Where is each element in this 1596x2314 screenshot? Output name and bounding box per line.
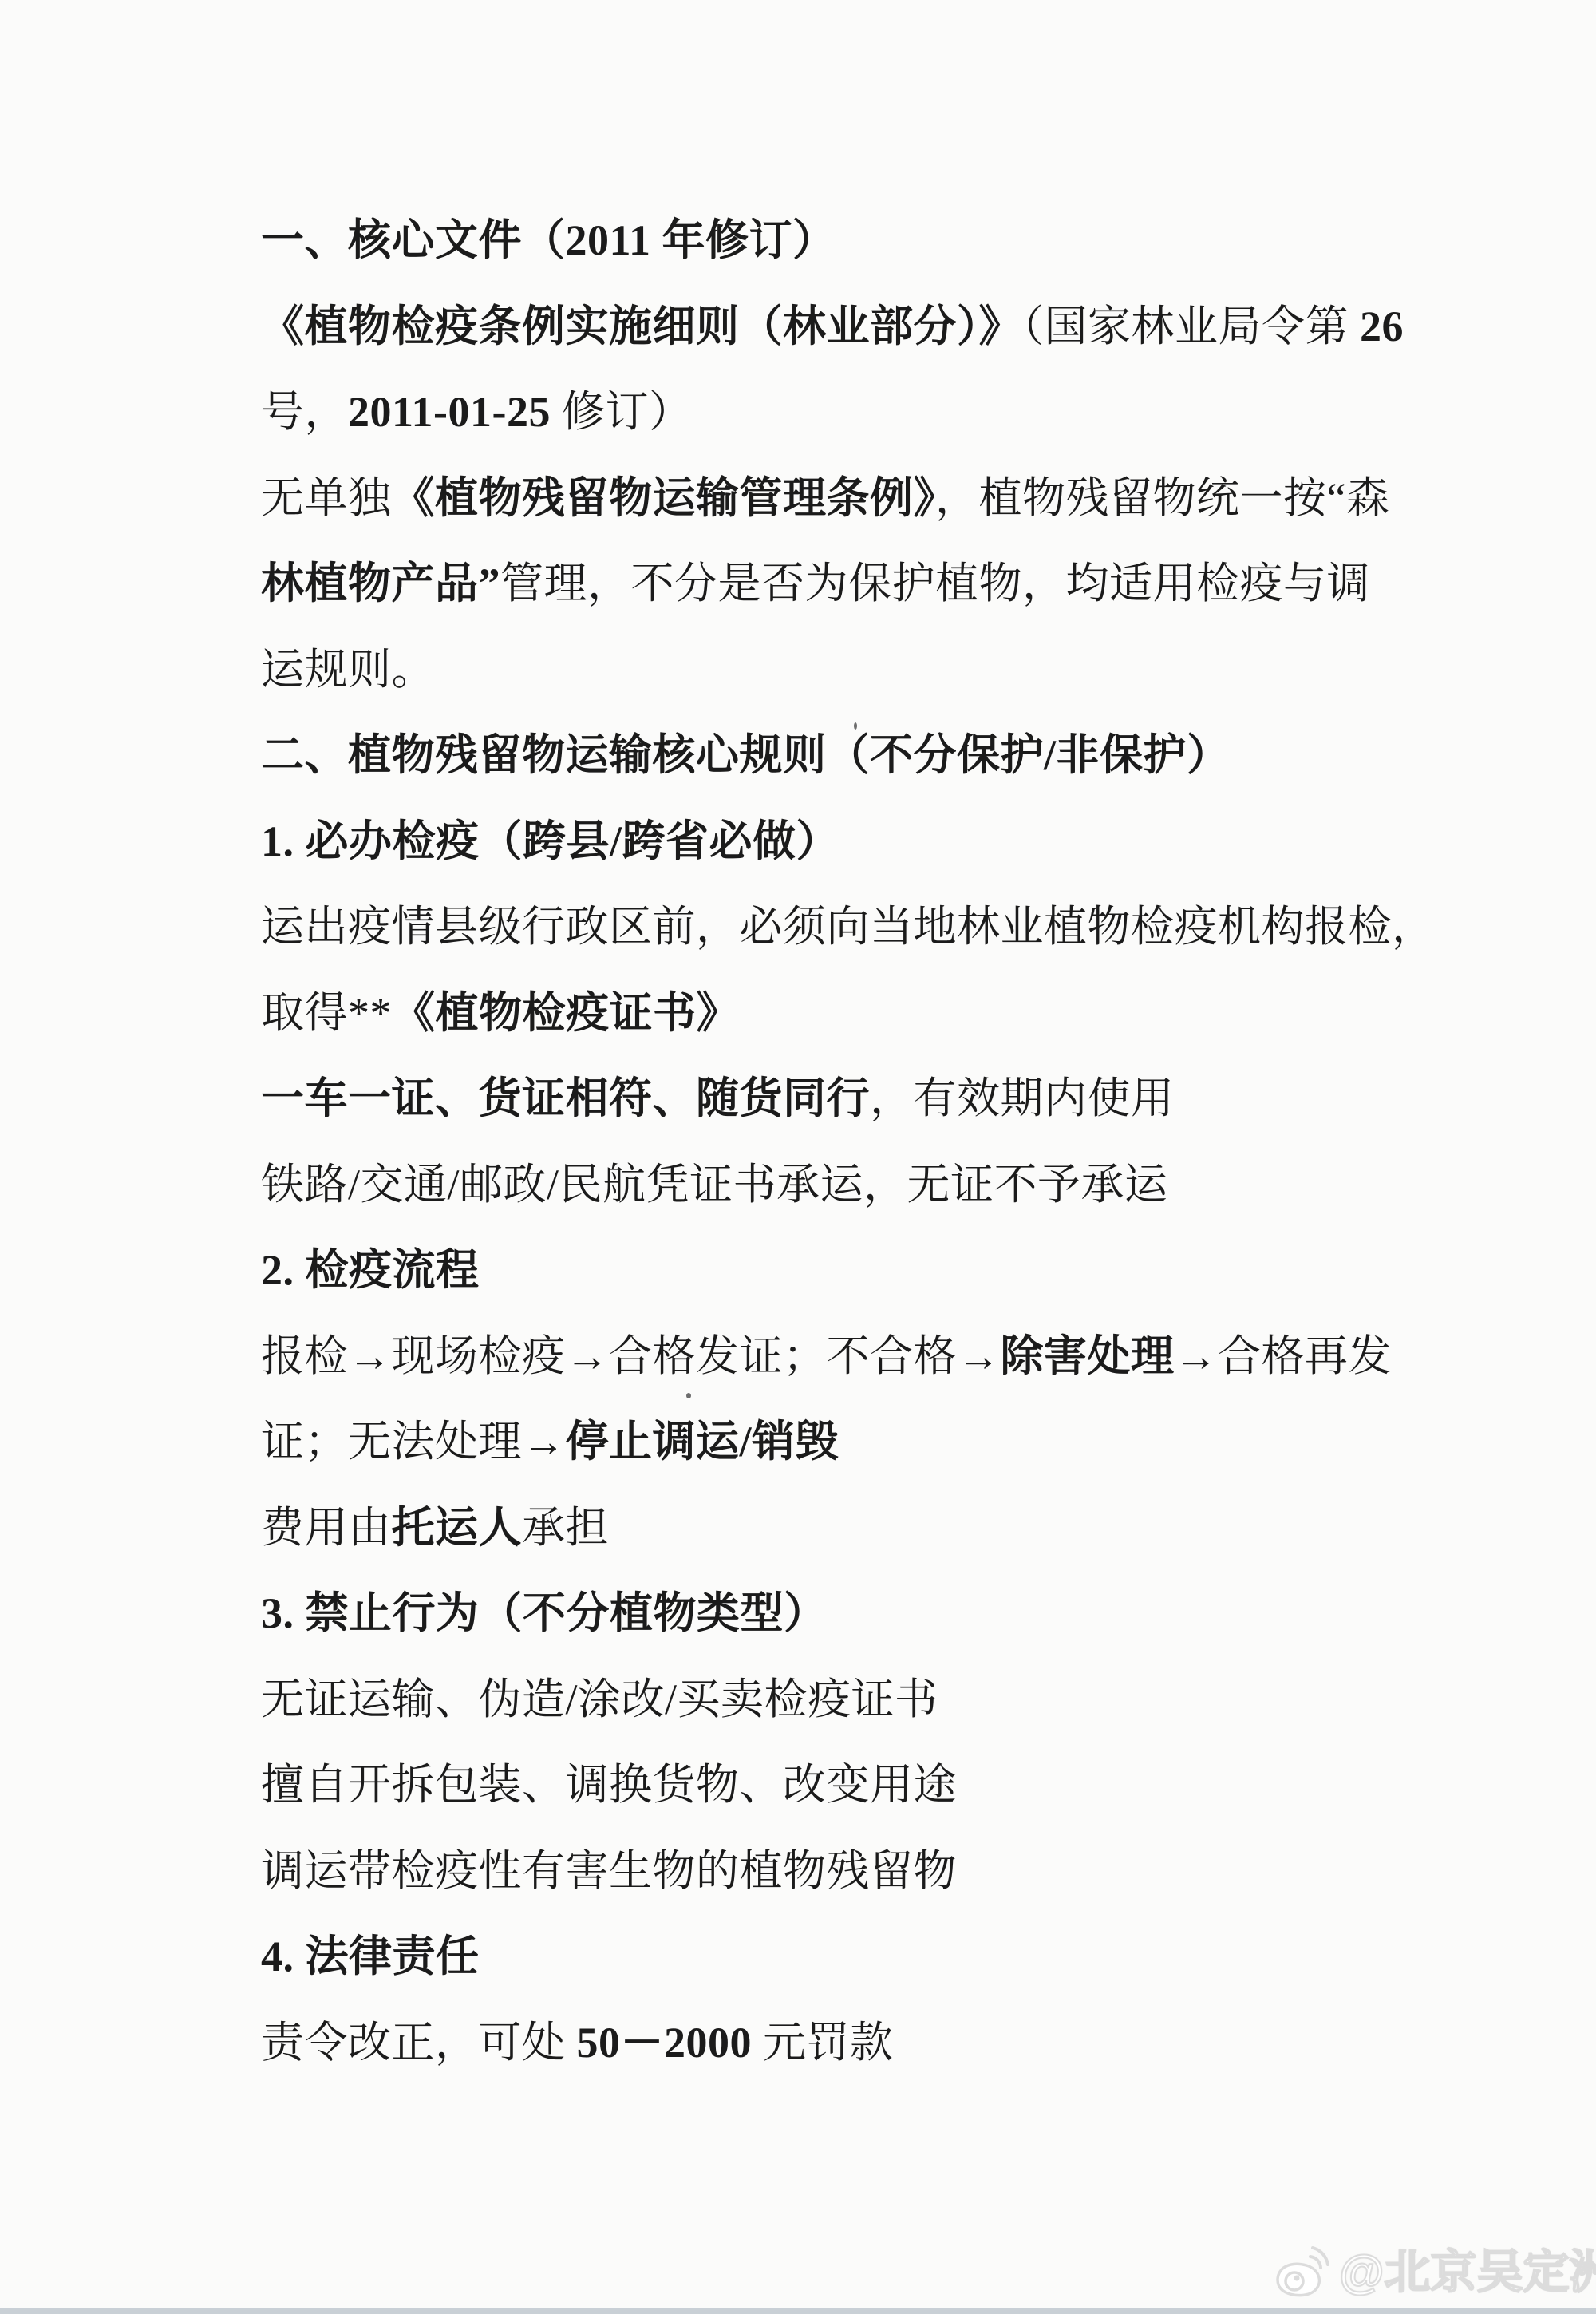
text-line: 费用由托运人承担: [261, 1485, 1490, 1572]
text-line: 运出疫情县级行政区前，必须向当地林业植物检疫机构报检，: [261, 884, 1490, 971]
watermark-handle: @北京吴定洲: [1339, 2241, 1596, 2304]
text-segment: 铁路/交通/邮政/民航凭证书承运，无证不予承运: [261, 1161, 1168, 1208]
text-line: 林植物产品”管理，不分是否为保护植物，均适用检疫与调: [261, 541, 1490, 627]
text-line: 擅自开拆包装、调换货物、改变用途: [261, 1742, 1490, 1829]
text-line: 3. 禁止行为（不分植物类型）: [261, 1571, 1490, 1657]
text-segment: →合格再发: [1175, 1332, 1393, 1380]
text-segment: 一车一证、货证相符、随货同行: [261, 1074, 870, 1122]
text-segment: 号，: [261, 388, 348, 436]
text-segment: 责令改正，可处: [261, 2019, 577, 2067]
text-segment: 一、核心文件（2011 年修订）: [261, 216, 836, 264]
text-segment: 《植物检疫证书》: [392, 989, 740, 1037]
text-segment: 运规则。: [261, 646, 435, 694]
text-segment: 修订）: [551, 388, 693, 436]
watermark: @北京吴定洲: [1270, 2241, 1596, 2304]
photo-edge: [0, 2308, 1596, 2314]
text-segment: 除害处理: [1001, 1332, 1175, 1380]
text-line: 无单独《植物残留物运输管理条例》，植物残留物统一按“森: [261, 456, 1490, 542]
text-segment: 4. 法律责任: [261, 1932, 480, 1980]
text-line: 二、植物残留物运输核心规则（不分保护/非保护）: [261, 713, 1490, 799]
text-segment: ，植物残留物统一按“森: [935, 474, 1389, 522]
text-segment: ，有效期内使用: [870, 1074, 1175, 1122]
text-line: 4. 法律责任: [261, 1914, 1490, 2000]
text-segment: 停止调运/销毁: [566, 1418, 839, 1466]
text-line: 证；无法处理→停止调运/销毁: [261, 1399, 1490, 1485]
text-line: 取得**《植物检疫证书》: [261, 971, 1490, 1057]
text-segment: 擅自开拆包装、调换货物、改变用途: [261, 1761, 957, 1809]
text-segment: 林植物产品”: [261, 560, 500, 607]
stray-mark: [854, 722, 857, 730]
stray-mark: [686, 1393, 691, 1398]
text-segment: 管理，不分是否为保护植物，均适用检疫与调: [500, 560, 1370, 607]
text-segment: 运出疫情县级行政区前，必须向当地林业植物检疫机构报检，: [261, 903, 1436, 951]
text-segment: 承担: [522, 1504, 609, 1552]
text-segment: 无证运输、伪造/涂改/买卖检疫证书: [261, 1675, 938, 1723]
text-segment: 托运人: [392, 1504, 523, 1552]
text-segment: 《植物检疫条例实施细则（林业部分）》: [261, 303, 1022, 350]
text-line: 报检→现场检疫→合格发证；不合格→除害处理→合格再发: [261, 1314, 1490, 1400]
text-line: 1. 必办检疫（跨县/跨省必做）: [261, 799, 1490, 885]
text-line: 调运带检疫性有害生物的植物残留物: [261, 1829, 1490, 1915]
text-segment: 元罚款: [752, 2019, 894, 2067]
text-segment: 26: [1360, 303, 1404, 350]
weibo-icon: [1270, 2243, 1329, 2302]
text-segment: 取得**: [261, 989, 392, 1037]
text-line: 2. 检疫流程: [261, 1228, 1490, 1314]
text-segment: 1. 必办检疫（跨县/跨省必做）: [261, 817, 839, 865]
text-line: 一车一证、货证相符、随货同行，有效期内使用: [261, 1056, 1490, 1142]
text-line: 无证运输、伪造/涂改/买卖检疫证书: [261, 1657, 1490, 1743]
text-line: 责令改正，可处 50－2000 元罚款: [261, 2000, 1490, 2087]
document-lines: 一、核心文件（2011 年修订）《植物检疫条例实施细则（林业部分）》（国家林业局…: [261, 198, 1490, 2086]
text-segment: 二、植物残留物运输核心规则（不分保护/非保护）: [261, 731, 1231, 779]
text-line: 铁路/交通/邮政/民航凭证书承运，无证不予承运: [261, 1142, 1490, 1228]
text-segment: 50－2000: [577, 2019, 753, 2067]
text-segment: 3. 禁止行为（不分植物类型）: [261, 1589, 828, 1637]
text-line: 运规则。: [261, 627, 1490, 714]
text-segment: 报检→现场检疫→合格发证；不合格→: [261, 1332, 1001, 1380]
text-line: 一、核心文件（2011 年修订）: [261, 198, 1490, 284]
text-line: 《植物检疫条例实施细则（林业部分）》（国家林业局令第 26: [261, 284, 1490, 370]
text-segment: 证；无法处理→: [261, 1418, 566, 1466]
text-segment: 2. 检疫流程: [261, 1246, 480, 1294]
text-segment: 2011-01-25: [348, 388, 551, 436]
text-segment: （国家林业局令第: [1022, 303, 1360, 350]
text-segment: 费用由: [261, 1504, 392, 1552]
text-segment: 《植物残留物运输管理条例》: [392, 474, 936, 522]
text-segment: 调运带检疫性有害生物的植物残留物: [261, 1847, 957, 1895]
text-line: 号，2011-01-25 修订）: [261, 370, 1490, 456]
text-segment: 无单独: [261, 474, 392, 522]
